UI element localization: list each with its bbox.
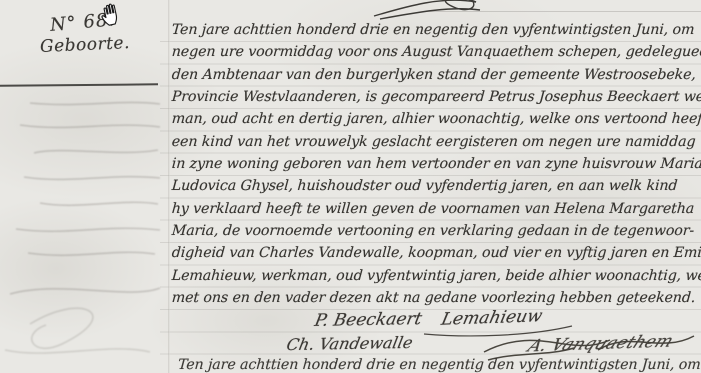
act-line: hy verklaard heeft te willen geven de vo…	[171, 198, 701, 220]
hand-cursor-icon	[98, 1, 124, 27]
signature-father: P. Beeckaert	[313, 309, 424, 331]
margin-crease	[168, 0, 170, 373]
act-line: Ten jare achttien honderd drie en negent…	[171, 19, 701, 41]
act-line: Ludovica Ghysel, huishoudster oud vyfend…	[171, 175, 701, 197]
ruled-line-top	[424, 11, 701, 12]
signature-official: A. Vanquaethem	[524, 332, 676, 357]
act-line: Provincie Westvlaanderen, is gecompareer…	[171, 86, 701, 108]
act-line: Maria, de voornoemde vertooning en verkl…	[171, 220, 701, 242]
act-type-label: Geboorte.	[40, 33, 131, 57]
act-line: negen ure voormiddag voor ons August Van…	[171, 41, 701, 63]
act-body: Ten jare achttien honderd drie en negent…	[171, 19, 699, 309]
bleed-through-writing	[0, 92, 166, 373]
act-line: den Ambtenaar van den burgerlyken stand …	[171, 64, 701, 86]
act-line: een kind van het vrouwelyk geslacht eerg…	[171, 131, 701, 153]
act-line: in zyne woning geboren van hem vertoonde…	[171, 153, 701, 175]
pen-flourish	[372, 0, 484, 20]
signature-witness-lemahieuw: Lemahieuw	[439, 306, 544, 329]
margin-separator-line	[0, 83, 158, 86]
next-act-partial-line: Ten jare achttien honderd drie en negent…	[177, 357, 701, 373]
signature-witness-vandewalle: Ch. Vandewalle	[285, 333, 414, 354]
act-line: man, oud acht en dertig jaren, alhier wo…	[171, 108, 701, 130]
act-line: Lemahieuw, werkman, oud vyfentwintig jar…	[171, 265, 701, 287]
act-line: met ons en den vader dezen akt na gedane…	[171, 287, 701, 309]
register-page-scan[interactable]: N° 68. Geboorte. Ten jare achttien honde…	[0, 0, 701, 373]
act-line: digheid van Charles Vandewalle, koopman,…	[171, 242, 701, 264]
